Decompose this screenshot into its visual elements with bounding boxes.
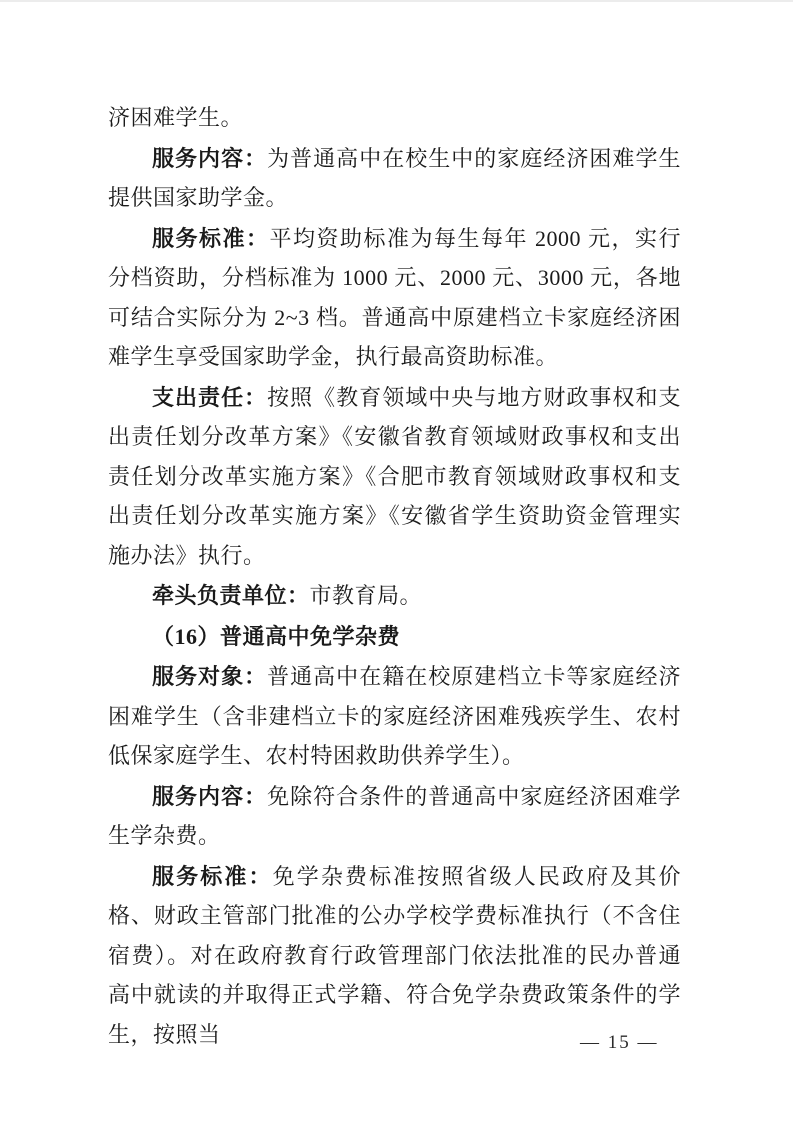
field-label: 支出责任：: [152, 385, 267, 410]
field-label: 服务标准：: [152, 226, 270, 251]
field-label: 服务标准：: [152, 864, 273, 889]
page-number: — 15 —: [580, 1032, 659, 1054]
para-continuation: 济困难学生。: [108, 98, 681, 138]
field-label: 服务内容：: [152, 146, 267, 171]
para-service-content-1: 服务内容：为普通高中在校生中的家庭经济困难学生提供国家助学金。: [108, 139, 681, 218]
paragraph-text: 按照《教育领域中央与地方财政事权和支出责任划分改革方案》《安徽省教育领域财政事权…: [108, 385, 681, 568]
para-service-standard-1: 服务标准：平均资助标准为每生每年 2000 元，实行分档资助，分档标准为 100…: [108, 219, 681, 377]
field-label: 牵头负责单位：: [152, 583, 310, 608]
heading-text: （16）普通高中免学杂费: [152, 624, 400, 649]
para-service-content-2: 服务内容：免除符合条件的普通高中家庭经济困难学生学杂费。: [108, 777, 681, 856]
document-page: 济困难学生。 服务内容：为普通高中在校生中的家庭经济困难学生提供国家助学金。 服…: [0, 0, 793, 1122]
paragraph-text: 市教育局。: [310, 583, 423, 608]
para-lead-responsible-unit: 牵头负责单位：市教育局。: [108, 576, 681, 616]
section-heading-16: （16）普通高中免学杂费: [108, 617, 681, 657]
para-service-standard-2: 服务标准：免学杂费标准按照省级人民政府及其价格、财政主管部门批准的公办学校学费标…: [108, 857, 681, 1055]
paragraph-text: 免学杂费标准按照省级人民政府及其价格、财政主管部门批准的公办学校学费标准执行（不…: [108, 864, 681, 1047]
paragraph-text: 济困难学生。: [108, 105, 243, 130]
field-label: 服务对象：: [152, 664, 267, 689]
para-service-target: 服务对象：普通高中在籍在校原建档立卡等家庭经济困难学生（含非建档立卡的家庭经济困…: [108, 657, 681, 776]
field-label: 服务内容：: [152, 784, 267, 809]
para-expenditure-responsibility: 支出责任：按照《教育领域中央与地方财政事权和支出责任划分改革方案》《安徽省教育领…: [108, 378, 681, 576]
document-content: 济困难学生。 服务内容：为普通高中在校生中的家庭经济困难学生提供国家助学金。 服…: [108, 98, 681, 1055]
